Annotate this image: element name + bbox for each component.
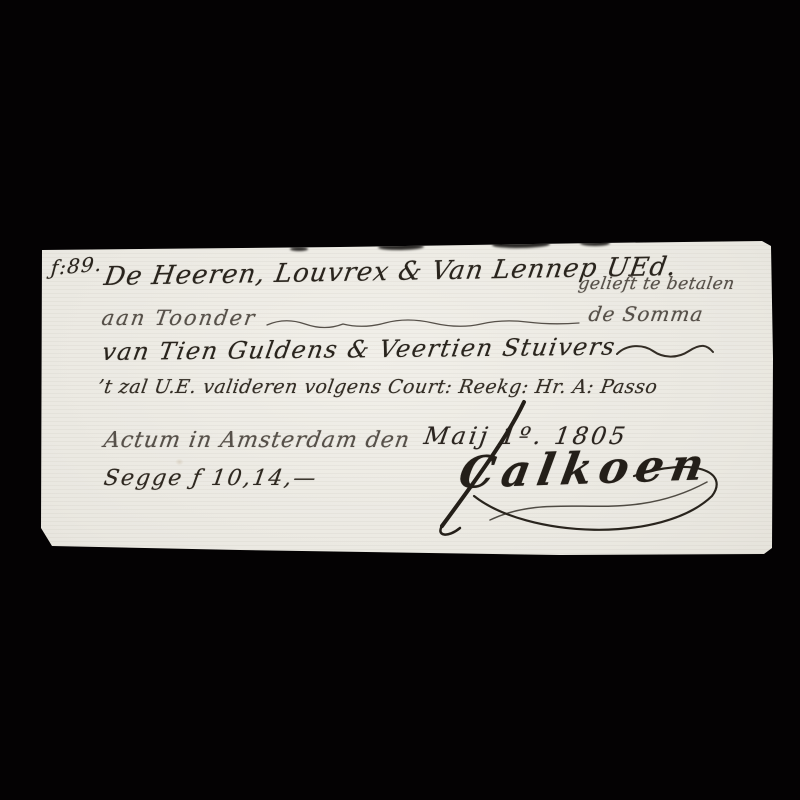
place-line: Actum in Amsterdam den <box>102 428 412 453</box>
payment-request-line: gelieft te betalen <box>577 274 736 294</box>
signature: Calkoen <box>455 439 715 499</box>
somma-label: de Somma <box>587 302 705 326</box>
paper-edge-mark <box>290 247 308 251</box>
paper-edge-mark <box>492 240 550 248</box>
bearer-flourish-line <box>265 314 581 332</box>
paper-edge-mark <box>580 240 610 246</box>
bearer-line: aan Toonder <box>100 306 258 330</box>
photo-backdrop: ƒ:89. De Heeren, Louvrex & Van Lennep UE… <box>0 0 800 800</box>
archival-number: ƒ:89. <box>50 252 103 280</box>
paper-edge-mark <box>378 244 424 251</box>
document-sheet: ƒ:89. De Heeren, Louvrex & Van Lennep UE… <box>40 238 774 558</box>
validation-line: ’t zal U.E. valideren volgens Court: Ree… <box>96 376 659 398</box>
amount-flourish-line <box>615 342 715 362</box>
amount-words-line: van Tien Guldens & Veertien Stuivers <box>100 333 618 366</box>
amount-figures-line: Segge ƒ 10,14,— <box>102 466 319 491</box>
